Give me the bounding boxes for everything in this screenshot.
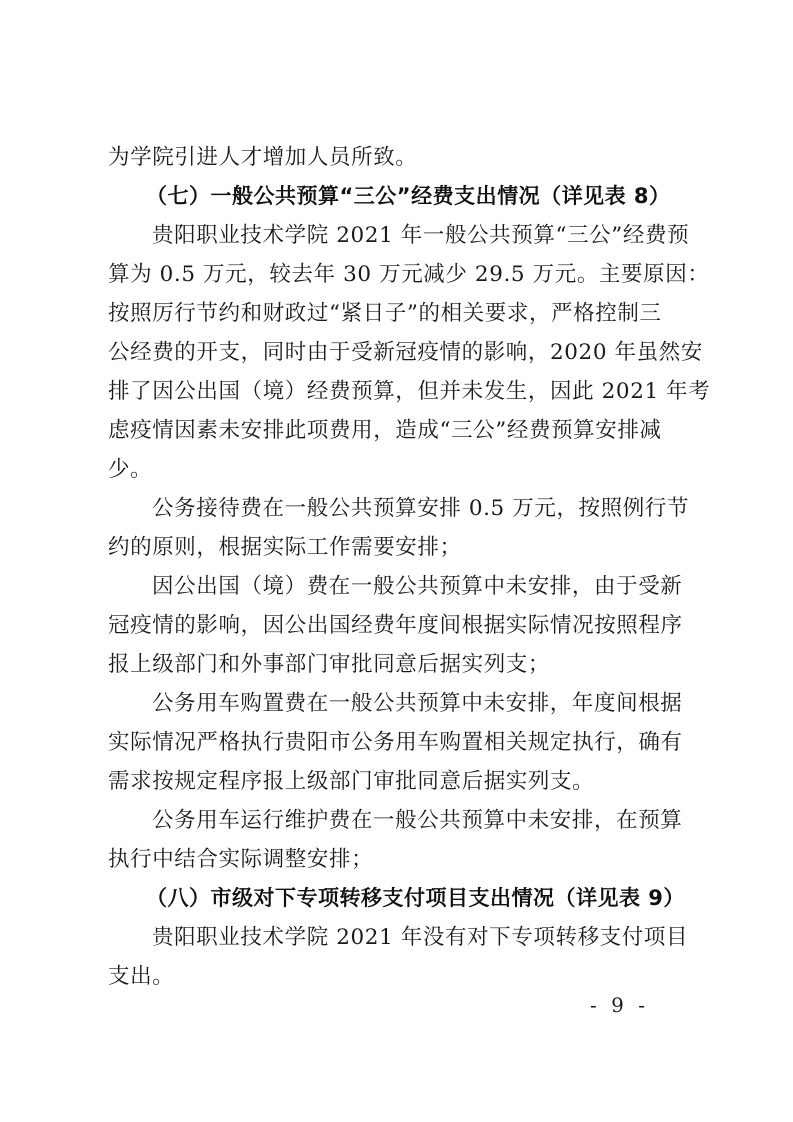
paragraph-line: 少。 xyxy=(108,450,688,489)
paragraph-line: 公经费的开支，同时由于受新冠疫情的影响，2020 年虽然安 xyxy=(108,333,688,372)
paragraph-line: 贵阳职业技术学院 2021 年一般公共预算“三公”经费预 xyxy=(108,216,688,255)
document-page: 为学院引进人才增加人员所致。 （七）一般公共预算“三公”经费支出情况（详见表 8… xyxy=(108,138,688,996)
paragraph-line: 排了因公出国（境）经费预算，但并未发生，因此 2021 年考 xyxy=(108,372,688,411)
paragraph-line: 实际情况严格执行贵阳市公务用车购置相关规定执行，确有 xyxy=(108,723,688,762)
section-heading-7: （七）一般公共预算“三公”经费支出情况（详见表 8） xyxy=(108,177,688,216)
paragraph-line: 报上级部门和外事部门审批同意后据实列支； xyxy=(108,645,688,684)
paragraph-line: 按照厉行节约和财政过“紧日子”的相关要求，严格控制三 xyxy=(108,294,688,333)
paragraph-line: 约的原则，根据实际工作需要安排； xyxy=(108,528,688,567)
paragraph-line: 公务用车购置费在一般公共预算中未安排，年度间根据 xyxy=(108,684,688,723)
paragraph-line: 虑疫情因素未安排此项费用，造成“三公”经费预算安排减 xyxy=(108,411,688,450)
page-number: - 9 - xyxy=(590,993,649,1017)
section-heading-8: （八）市级对下专项转移支付项目支出情况（详见表 9） xyxy=(108,879,688,918)
paragraph-line: 算为 0.5 万元，较去年 30 万元减少 29.5 万元。主要原因： xyxy=(108,255,688,294)
paragraph-line: 公务接待费在一般公共预算安排 0.5 万元，按照例行节 xyxy=(108,489,688,528)
paragraph-line: 支出。 xyxy=(108,957,688,996)
paragraph-line: 公务用车运行维护费在一般公共预算中未安排，在预算 xyxy=(108,801,688,840)
paragraph-line: 为学院引进人才增加人员所致。 xyxy=(108,138,688,177)
paragraph-line: 执行中结合实际调整安排； xyxy=(108,840,688,879)
paragraph-line: 冠疫情的影响，因公出国经费年度间根据实际情况按照程序 xyxy=(108,606,688,645)
paragraph-line: 需求按规定程序报上级部门审批同意后据实列支。 xyxy=(108,762,688,801)
paragraph-line: 因公出国（境）费在一般公共预算中未安排，由于受新 xyxy=(108,567,688,606)
paragraph-line: 贵阳职业技术学院 2021 年没有对下专项转移支付项目 xyxy=(108,918,688,957)
